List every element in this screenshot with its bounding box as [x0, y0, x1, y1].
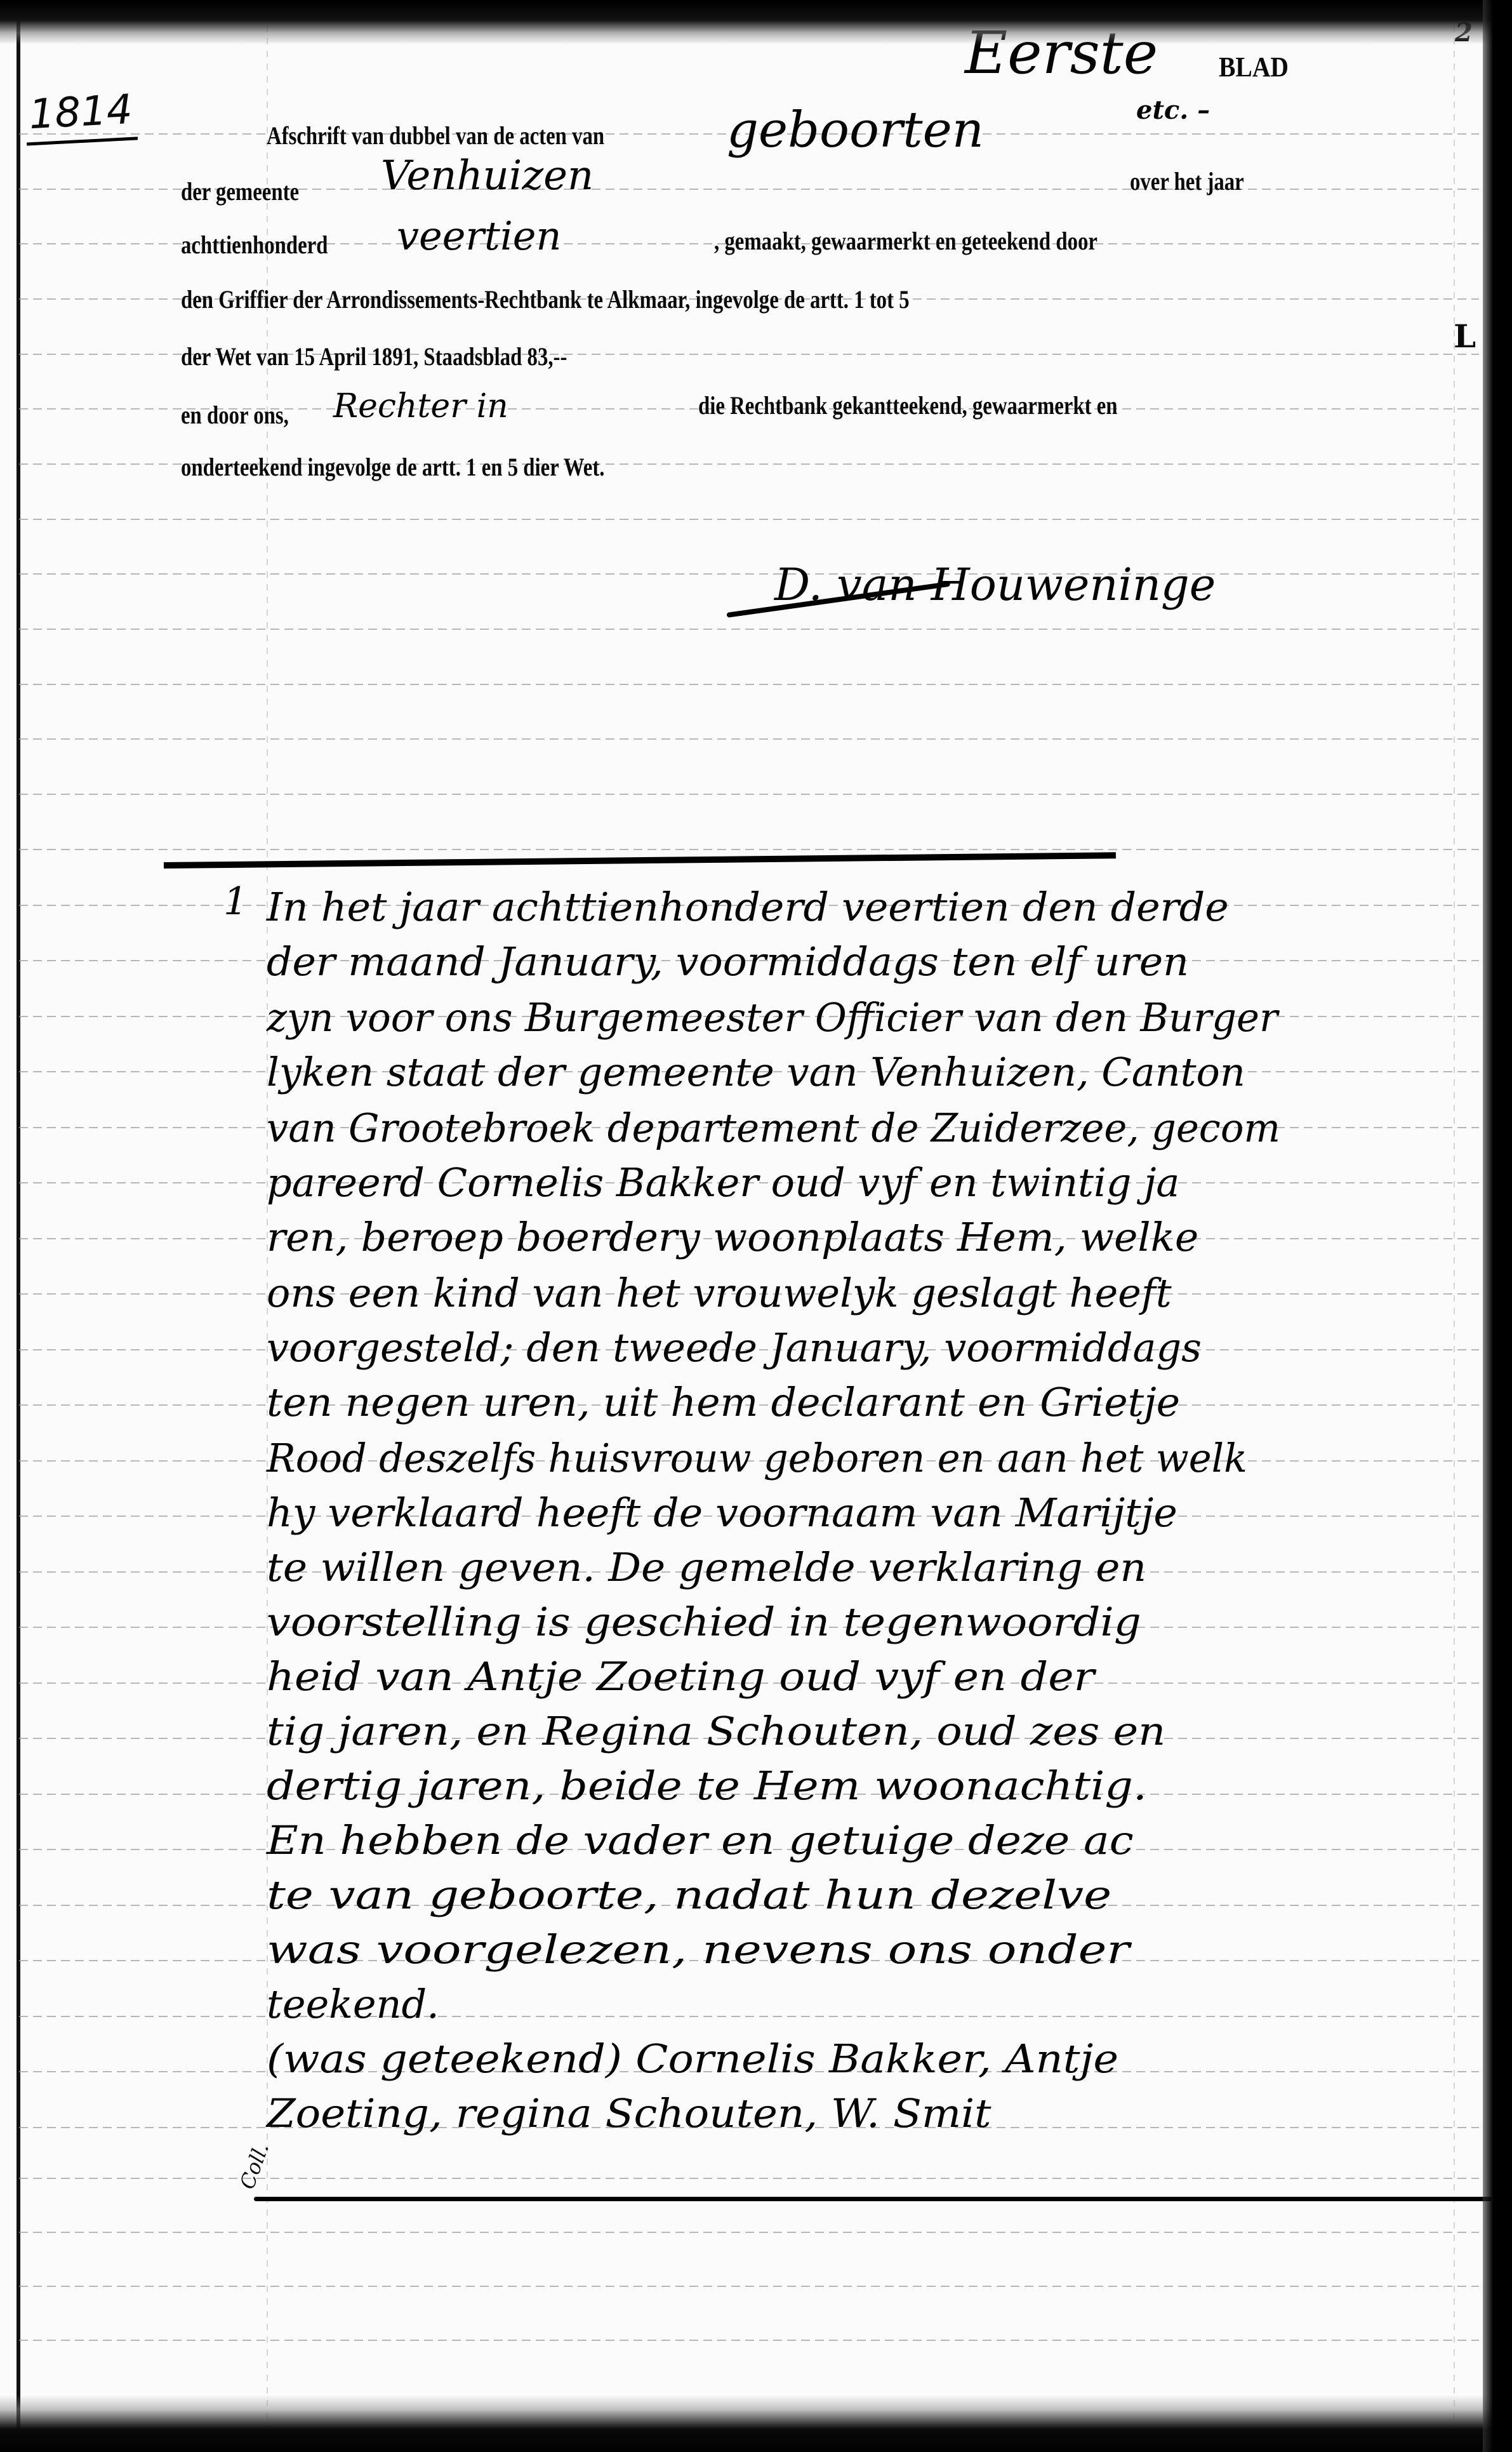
entry-line: ten negen uren, uit hem declarant en Gri…: [267, 1379, 1180, 1425]
judge-signature: D. van Houweninge: [774, 559, 1216, 611]
section-divider: [164, 852, 1116, 869]
header-line-4: den Griffier der Arrondissements-Rechtba…: [181, 284, 910, 314]
entry-signatures-line: Zoeting, regina Schouten, W. Smit: [267, 2090, 991, 2136]
ruled-line: [19, 2016, 1479, 2017]
scan-bottom-edge: [0, 2395, 1512, 2452]
header-line-6-prefix: en door ons,: [181, 400, 289, 430]
margin-year: 1814: [24, 86, 138, 145]
header-line-6-suffix: die Rechtbank gekantteekend, gewaarmerkt…: [698, 390, 1118, 420]
ruled-line: [19, 738, 1479, 740]
ruled-line: [19, 2340, 1479, 2341]
entry-line: Rood deszelfs huisvrouw geboren en aan h…: [267, 1435, 1247, 1481]
ruled-line: [19, 573, 1479, 575]
header-line-5: der Wet van 15 April 1891, Staadsblad 83…: [181, 342, 567, 371]
entry-line: ren, beroep boerdery woonplaats Hem, wel…: [267, 1214, 1198, 1260]
left-margin-rule: [17, 13, 20, 2438]
entry-line: der maand January, voormiddags ten elf u…: [267, 938, 1189, 985]
entry-line: van Grootebroek departement de Zuiderzee…: [267, 1105, 1280, 1151]
ruled-line: [19, 2232, 1479, 2233]
document-page: 1814 2 Eerste BLAD Afschrift van dubbel …: [0, 0, 1512, 2452]
header-line-2-suffix: over het jaar: [1130, 166, 1244, 196]
header-line-2-prefix: der gemeente: [181, 177, 299, 206]
header-line-1-printed: Afschrift van dubbel van de acten van: [267, 121, 604, 150]
header-line-3-prefix: achttienhonderd: [181, 230, 328, 260]
entry-line: zyn voor ons Burgemeester Officier van d…: [267, 994, 1278, 1041]
entry-line: pareerd Cornelis Bakker oud vyf en twint…: [267, 1159, 1179, 1206]
ruled-line: [19, 794, 1479, 795]
entry-end-rule: [254, 2197, 1492, 2201]
entry-line: teekend.: [267, 1981, 439, 2027]
entry-line: voorstelling is geschied in tegenwoordig: [267, 1599, 1141, 1645]
entry-line: En hebben de vader en getuige deze ac: [267, 1817, 1134, 1863]
sheet-label: BLAD: [1219, 51, 1289, 83]
judge-title-handwritten: Rechter in: [333, 387, 508, 425]
entry-line: In het jaar achttienhonderd veertien den…: [267, 884, 1229, 930]
ruled-line: [19, 629, 1479, 630]
entry-line: ons een kind van het vrouwelyk geslagt h…: [267, 1270, 1172, 1316]
entry-number: 1: [223, 879, 248, 924]
record-type-handwritten: geboorten: [727, 102, 984, 159]
record-type-annotation: etc. –: [1136, 95, 1210, 125]
header-line-3-suffix: , gemaakt, gewaarmerkt en geteekend door: [714, 226, 1098, 256]
entry-line: lyken staat der gemeente van Venhuizen, …: [267, 1049, 1245, 1095]
entry-line: was voorgelezen, nevens ons onder: [267, 1926, 1129, 1973]
header-line-7: onderteekend ingevolge de artt. 1 en 5 d…: [181, 452, 604, 482]
entry-signatures-line: (was geteekend) Cornelis Bakker, Antje: [267, 2036, 1118, 2082]
ruled-line: [19, 519, 1479, 520]
ruled-line: [19, 2286, 1479, 2287]
scan-right-edge: [1483, 0, 1512, 2452]
year-handwritten: veertien: [397, 213, 561, 259]
margin-tick-mark: L: [1454, 317, 1476, 355]
entry-line: voorgesteld; den tweede January, voormid…: [267, 1324, 1202, 1371]
entry-line: te willen geven. De gemelde verklaring e…: [267, 1544, 1146, 1590]
entry-line: dertig jaren, beide te Hem woonachtig.: [267, 1762, 1147, 1809]
margin-guide-line: [1454, 0, 1455, 2452]
entry-line: hy verklaard heeft de voornaam van Marij…: [267, 1489, 1177, 1536]
scan-top-edge: [0, 0, 1512, 44]
municipality-handwritten: Venhuizen: [381, 152, 594, 199]
entry-line: heid van Antje Zoeting oud vyf en der: [267, 1653, 1094, 1700]
ruled-line: [19, 849, 1479, 850]
entry-line: tig jaren, en Regina Schouten, oud zes e…: [267, 1708, 1165, 1754]
ruled-line: [19, 684, 1479, 685]
entry-line: te van geboorte, nadat hun dezelve: [267, 1872, 1111, 1918]
